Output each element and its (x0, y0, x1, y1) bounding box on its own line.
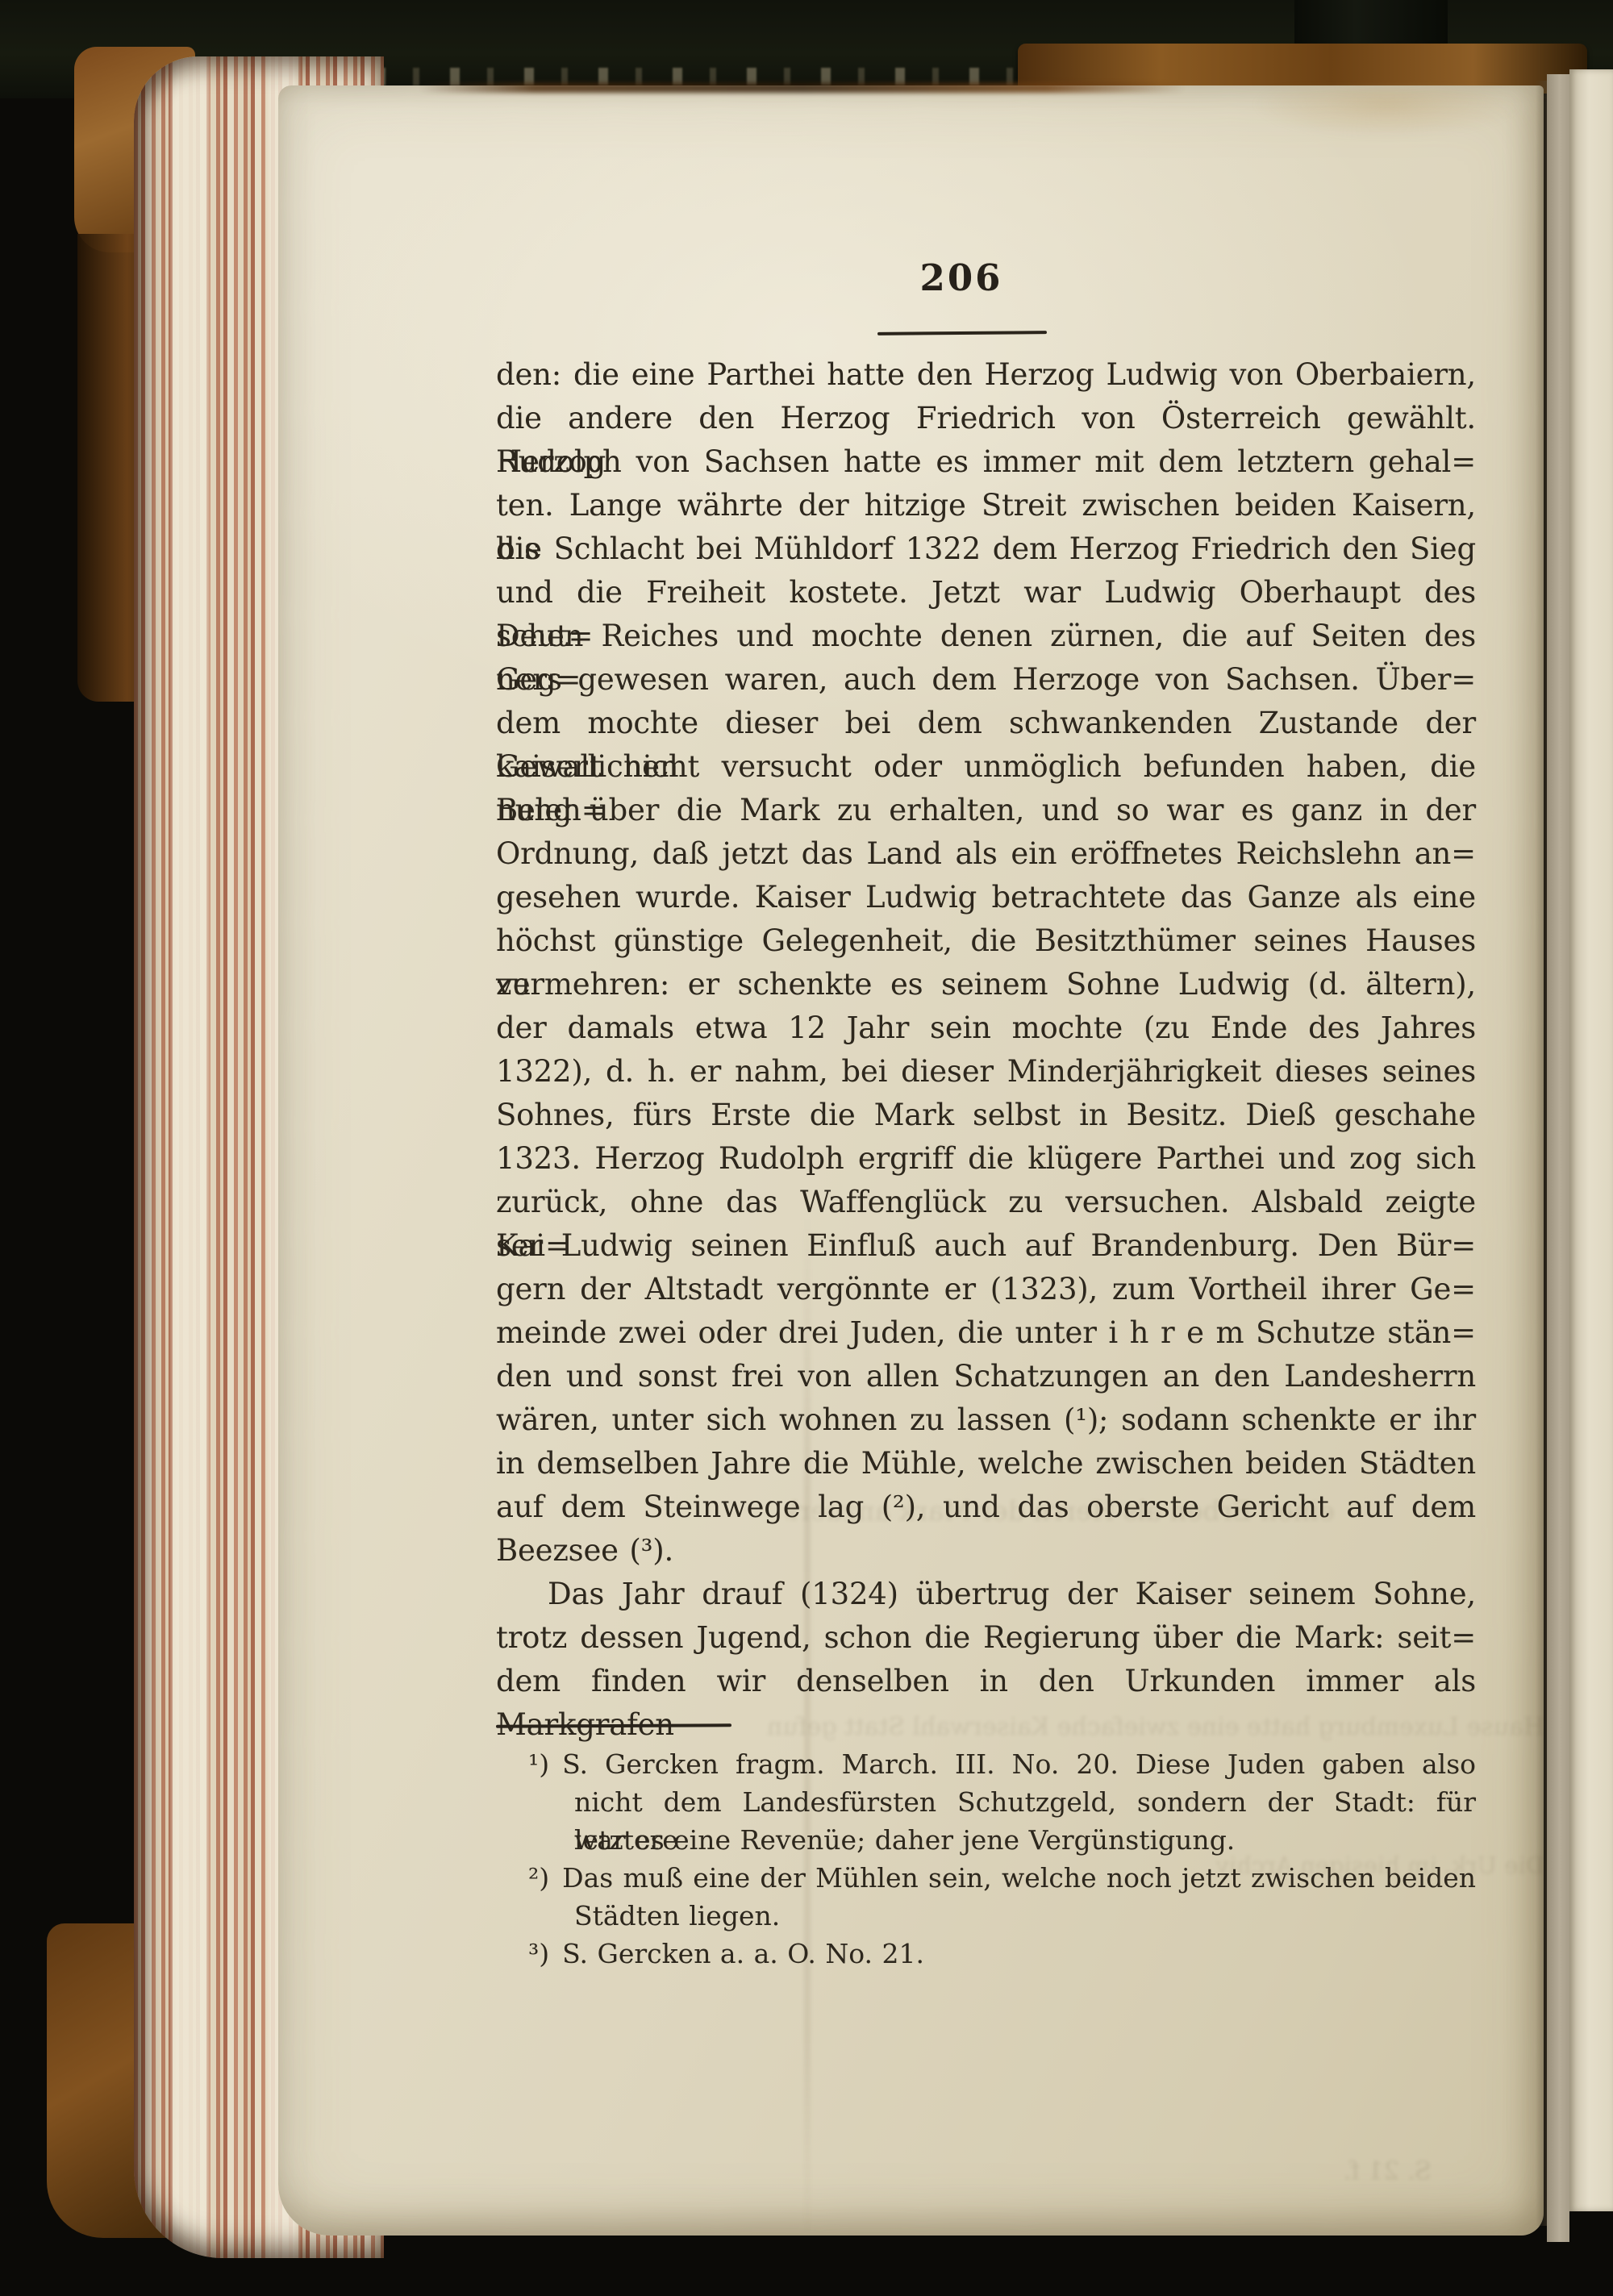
text-line: die Schlacht bei Mühldorf 1322 dem Herzo… (496, 527, 1476, 571)
footnote-marker: ²) (528, 1862, 549, 1894)
text-line: dem mochte dieser bei dem schwankenden Z… (496, 702, 1476, 745)
footnote-line: Städten liegen. (496, 1897, 1476, 1935)
show-through-text: S. 21 f. (1085, 2156, 1432, 2192)
facing-page-edge (1569, 69, 1613, 2211)
text-line: der damals etwa 12 Jahr sein mochte (zu … (496, 1006, 1476, 1050)
text-line: gern der Altstadt vergönnte er (1323), z… (496, 1268, 1476, 1311)
footnote-marker: ³) (528, 1938, 549, 1969)
text-line: ners gewesen waren, auch dem Herzoge von… (496, 658, 1476, 702)
footnote-text: S. Gercken fragm. March. III. No. 20. Di… (562, 1748, 1476, 1780)
page-gutter (1547, 74, 1569, 2242)
show-through-text: einen Erben als Herrn der Mark anzuerken… (786, 1495, 1335, 1531)
text-line: Rudolph von Sachsen hatte es immer mit d… (496, 440, 1476, 484)
footnote-marker: ¹) (528, 1748, 549, 1780)
footnote-line: nicht dem Landesfürsten Schutzgeld, sond… (496, 1783, 1476, 1821)
text-line: 1323. Herzog Rudolph ergriff die klügere… (496, 1137, 1476, 1181)
text-line: meinde zwei oder drei Juden, die unter i… (496, 1311, 1476, 1355)
footnote-line: ³)S. Gercken a. a. O. No. 21. (496, 1935, 1476, 1973)
text-line: 1322), d. h. er nahm, bei dieser Minderj… (496, 1050, 1476, 1094)
paper-stain (1238, 87, 1536, 144)
page-number: 206 (881, 256, 1042, 299)
text-line: vermehren: er schenkte es seinem Sohne L… (496, 963, 1476, 1006)
book-page: 206 den: die eine Parthei hatte den Herz… (278, 85, 1544, 2236)
text-line: Gewalt nicht versucht oder unmöglich bef… (496, 745, 1476, 789)
text-line: schen Reiches und mochte denen zürnen, d… (496, 615, 1476, 658)
text-line: Beezsee (³). (496, 1529, 1476, 1573)
text-line: wären, unter sich wohnen zu lassen (¹); … (496, 1398, 1476, 1442)
page-number-rule (877, 331, 1047, 335)
text-line: die andere den Herzog Friedrich von Öste… (496, 397, 1476, 440)
text-line: den und sonst frei von allen Schatzungen… (496, 1355, 1476, 1398)
book-photo: 206 den: die eine Parthei hatte den Herz… (0, 0, 1613, 2296)
footnote-separator (496, 1723, 731, 1728)
scorched-top-edge (419, 83, 1186, 93)
footnote-line: ¹)S. Gercken fragm. March. III. No. 20. … (496, 1745, 1476, 1783)
text-line: Ordnung, daß jetzt das Land als ein eröf… (496, 832, 1476, 876)
text-line: den: die eine Parthei hatte den Herzog L… (496, 353, 1476, 397)
text-line: nung über die Mark zu erhalten, und so w… (496, 789, 1476, 832)
text-line: zurück, ohne das Waffenglück zu versuche… (496, 1181, 1476, 1224)
text-line: höchst günstige Gelegenheit, die Besitzt… (496, 919, 1476, 963)
text-line: ten. Lange währte der hitzige Streit zwi… (496, 484, 1476, 527)
text-line: ser Ludwig seinen Einfluß auch auf Brand… (496, 1224, 1476, 1268)
text-line: und die Freiheit kostete. Jetzt war Ludw… (496, 571, 1476, 615)
text-line: dem finden wir denselben in den Urkunden… (496, 1660, 1476, 1703)
text-line: gesehen wurde. Kaiser Ludwig betrachtete… (496, 876, 1476, 919)
text-line: in demselben Jahre die Mühle, welche zwi… (496, 1442, 1476, 1486)
text-line-paragraph-start: Das Jahr drauf (1324) übertrug der Kaise… (496, 1573, 1476, 1616)
text-line: Sohnes, fürs Erste die Mark selbst in Be… (496, 1094, 1476, 1137)
footnote-text: S. Gercken a. a. O. No. 21. (562, 1938, 924, 1969)
show-through-text: Hause Luxemburg hatte eine zwiefache Kai… (730, 1713, 1544, 1748)
text-line: trotz dessen Jugend, schon die Regierung… (496, 1616, 1476, 1660)
show-through-text: Die Urk. im hiesigen Archiv (1190, 1852, 1544, 1887)
